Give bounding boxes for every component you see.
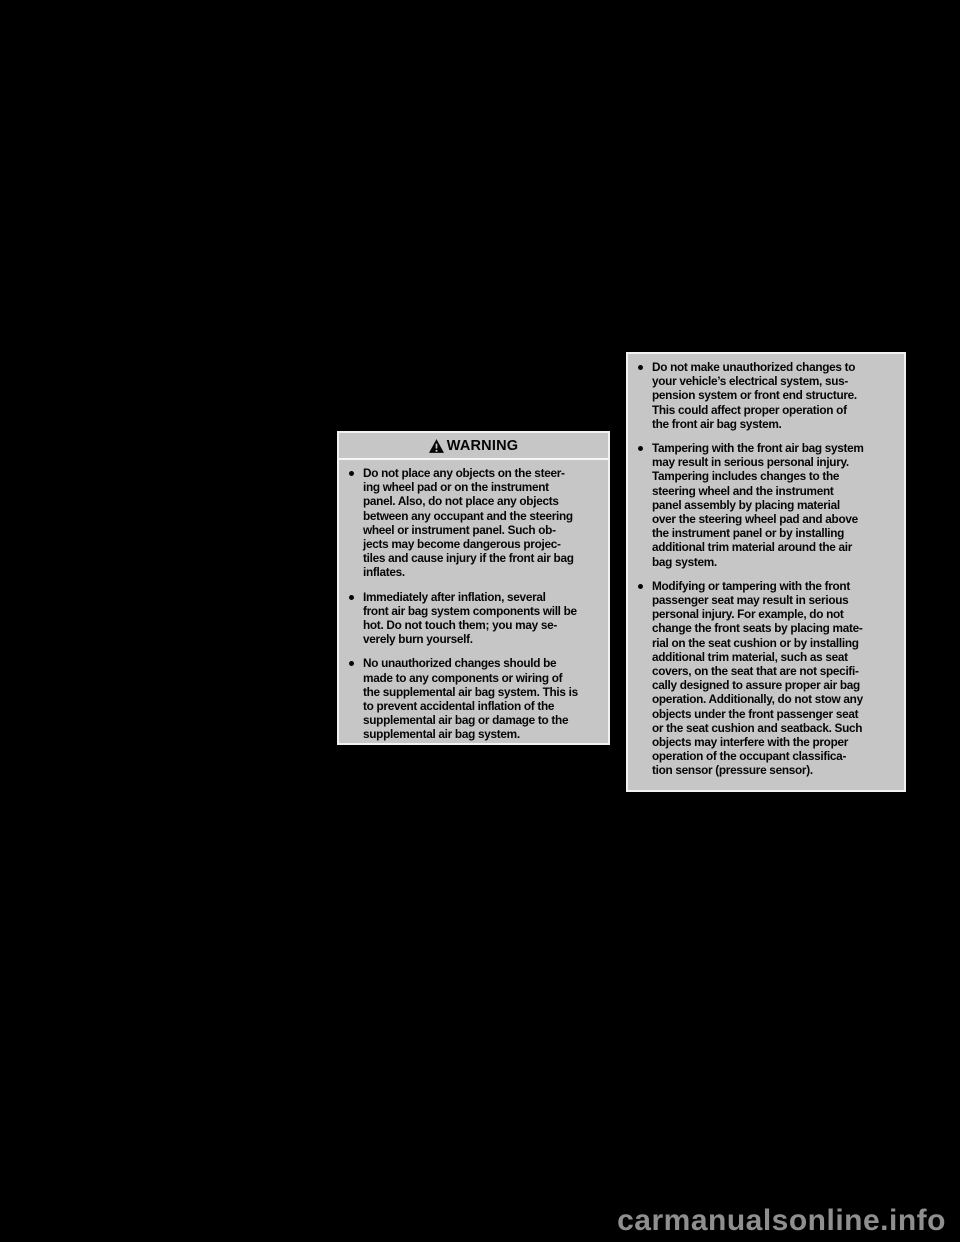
bullet-dot-icon — [349, 471, 354, 476]
warning-bullet: Immediately after inflation, several fro… — [348, 590, 602, 647]
warning-bullet-text: Do not make unauthorized changes to your… — [652, 360, 898, 431]
warning-bullet: Do not make unauthorized changes to your… — [637, 360, 898, 431]
warning-body-right: Do not make unauthorized changes to your… — [628, 354, 904, 783]
bullet-dot-icon — [638, 584, 643, 589]
warning-box-right: Do not make unauthorized changes to your… — [626, 352, 906, 792]
warning-triangle-icon — [429, 439, 444, 453]
bullet-dot-icon — [349, 661, 354, 666]
warning-box-left: WARNING Do not place any objects on the … — [337, 431, 610, 745]
warning-bullet: Modifying or tampering with the front pa… — [637, 579, 898, 778]
warning-bullet: Tampering with the front air bag system … — [637, 441, 898, 569]
warning-bullet-text: Immediately after inflation, several fro… — [363, 590, 602, 647]
warning-header: WARNING — [339, 433, 608, 460]
bullet-dot-icon — [638, 446, 643, 451]
bullet-dot-icon — [349, 595, 354, 600]
warning-body-left: Do not place any objects on the steer- i… — [339, 460, 608, 745]
warning-bullet-text: Tampering with the front air bag system … — [652, 441, 898, 569]
warning-bullet: Do not place any objects on the steer- i… — [348, 466, 602, 580]
bullet-dot-icon — [638, 365, 643, 370]
warning-bullet: No unauthorized changes should be made t… — [348, 656, 602, 741]
warning-bullet-text: Do not place any objects on the steer- i… — [363, 466, 602, 580]
warning-bullet-text: No unauthorized changes should be made t… — [363, 656, 602, 741]
warning-bullet-text: Modifying or tampering with the front pa… — [652, 579, 898, 778]
warning-header-label: WARNING — [447, 438, 518, 454]
watermark-text: carmanualsonline.info — [617, 1206, 946, 1236]
